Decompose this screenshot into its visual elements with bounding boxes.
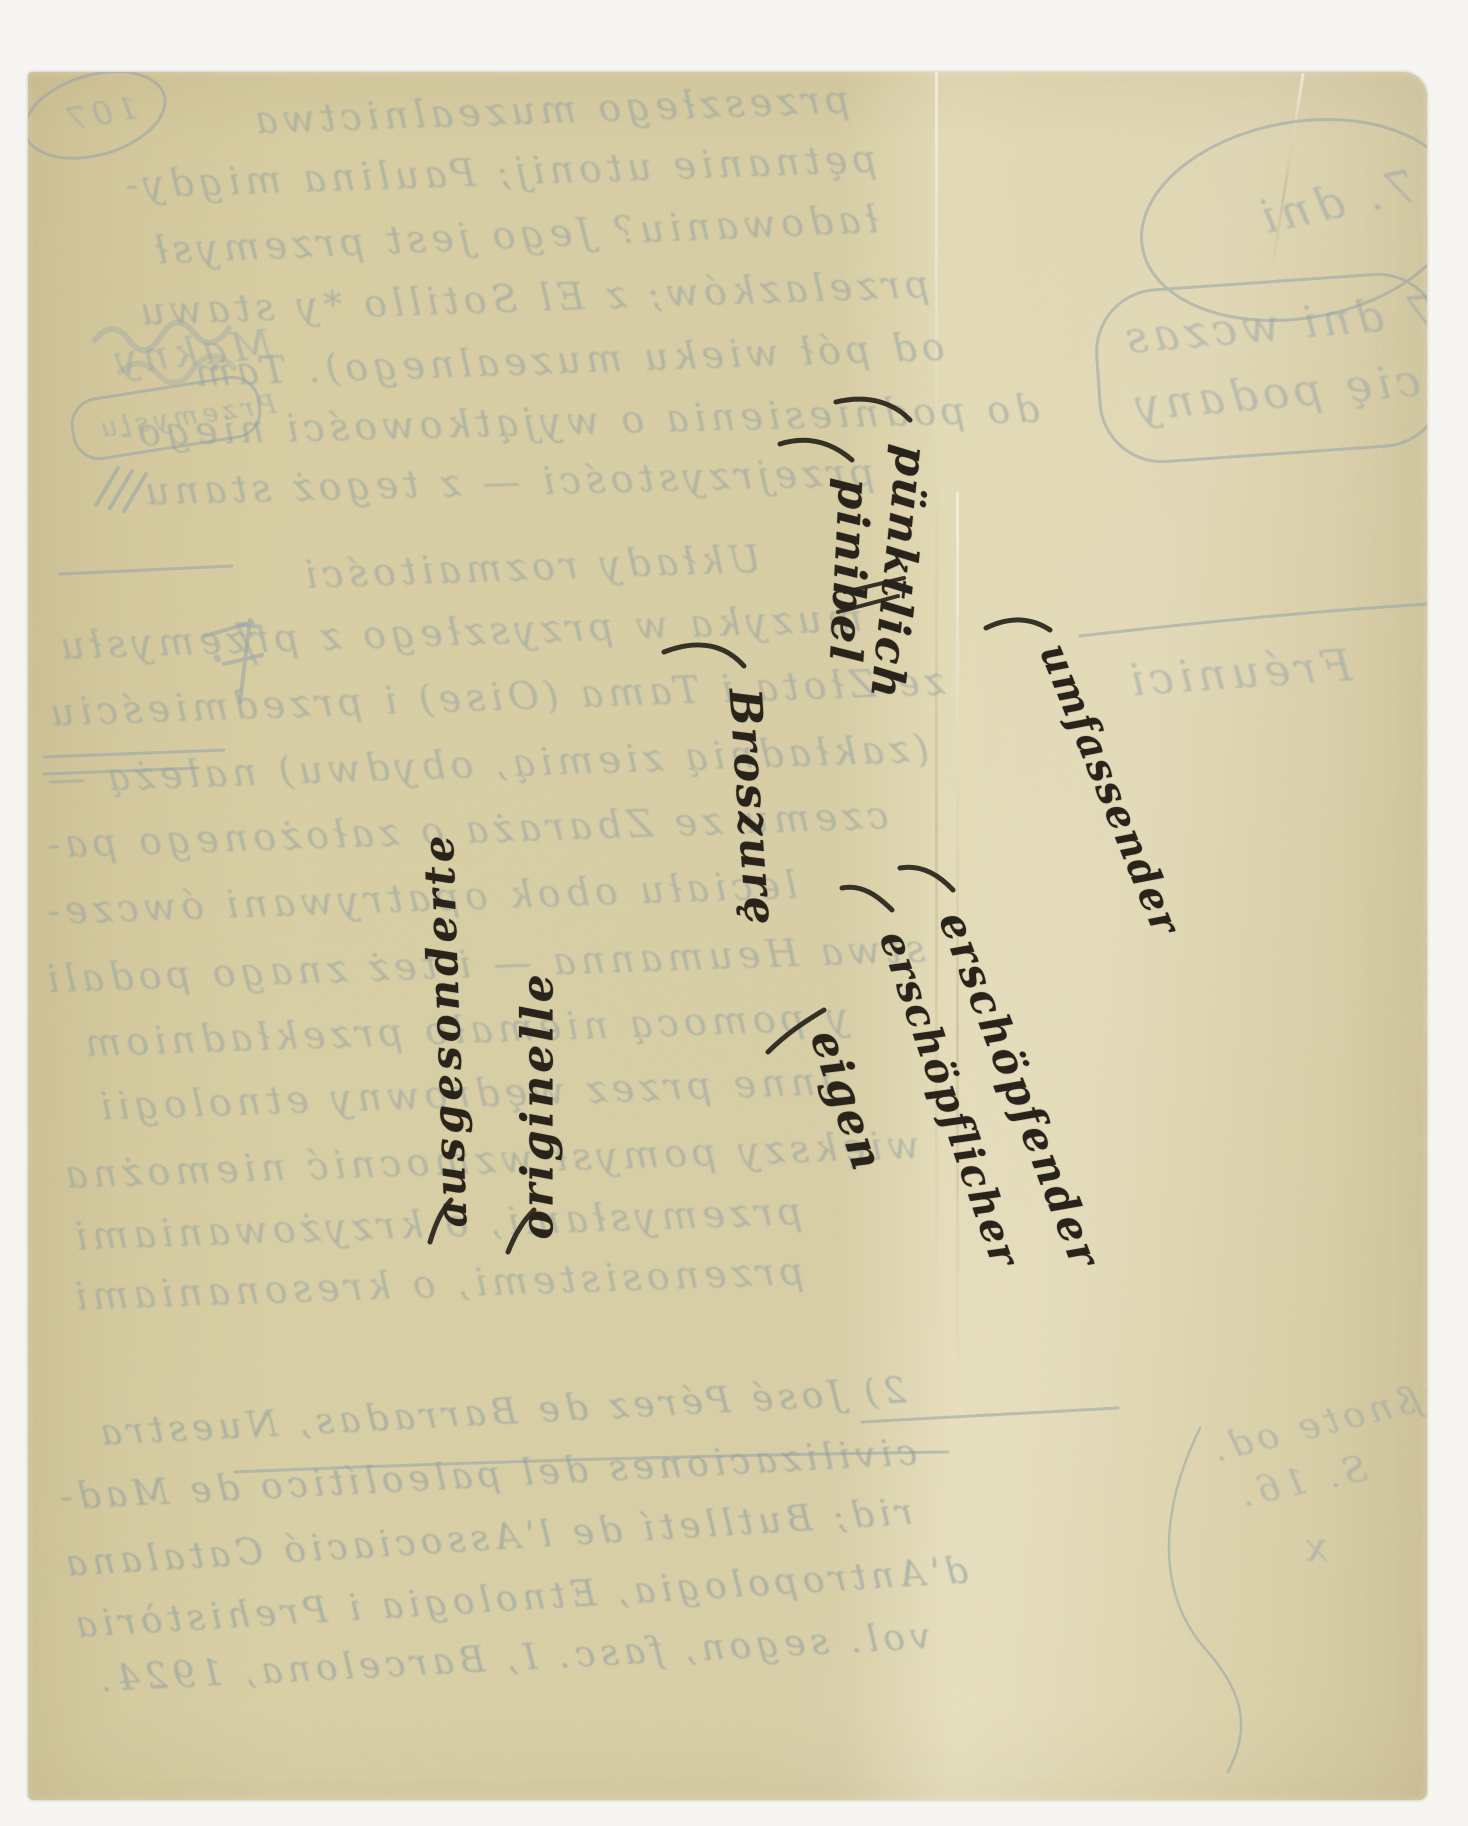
paper: przeszłego muzealnictwapętnanie utonij; …: [28, 72, 1427, 1800]
scanned-page: przeszłego muzealnictwapętnanie utonij; …: [0, 0, 1468, 1826]
grain-texture: [28, 72, 1427, 1800]
